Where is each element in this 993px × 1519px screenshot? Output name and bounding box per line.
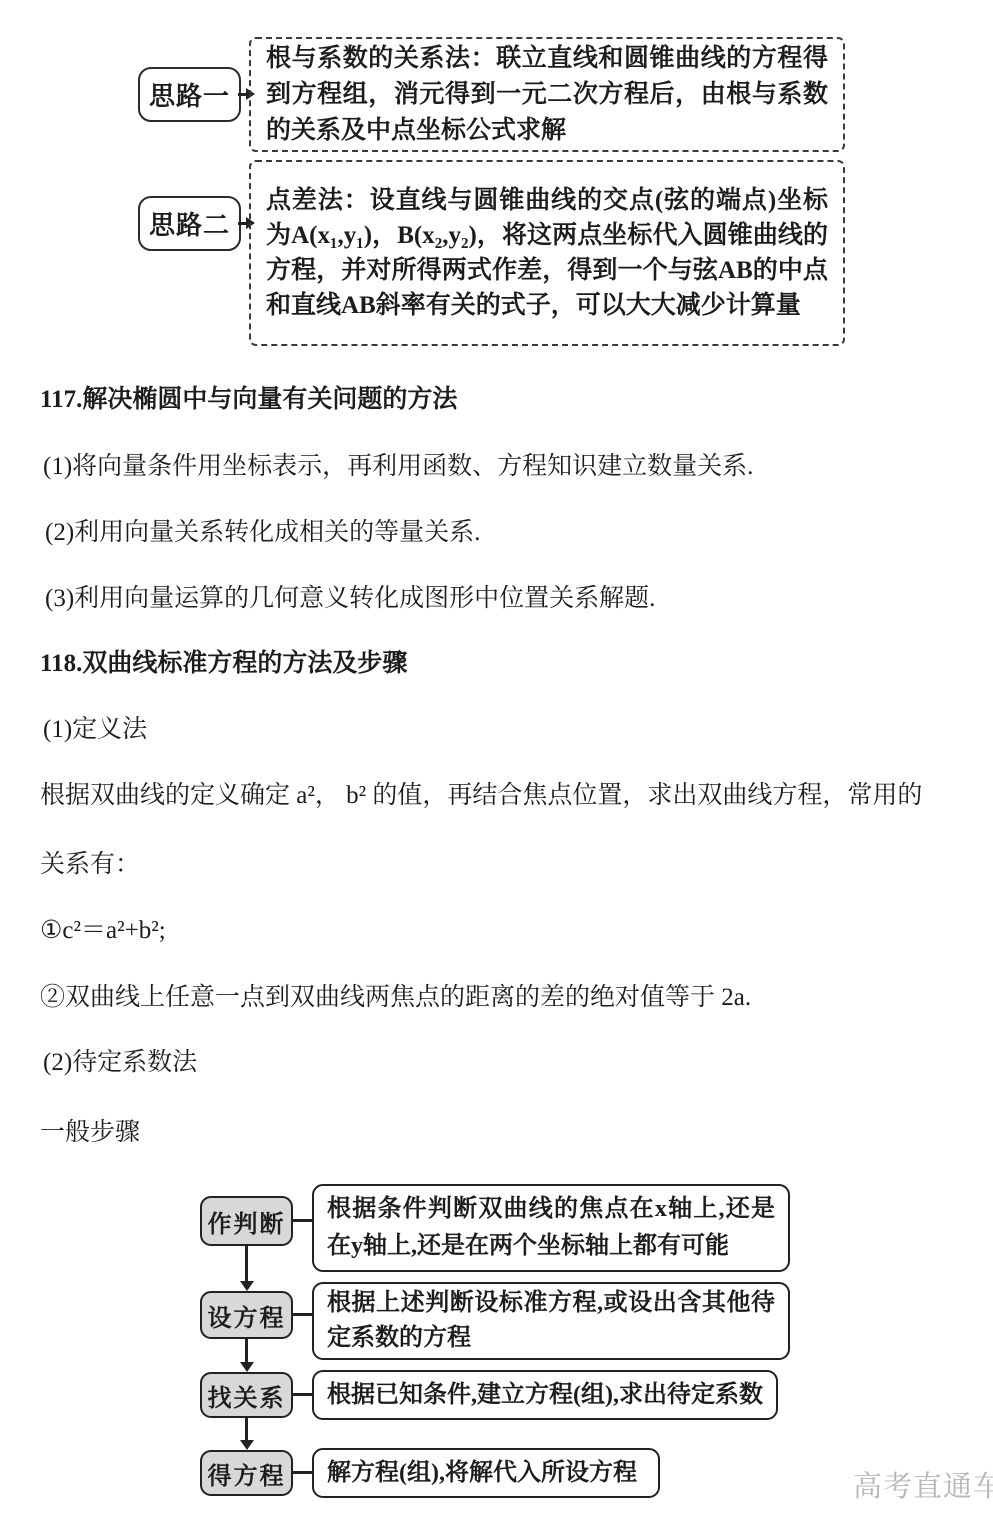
flow-label-silu2-text: 思路二 [149,205,230,242]
flow-desc-silu1: 根与系数的关系法：联立直线和圆锥曲线的方程得到方程组，消元得到一元二次方程后，由… [249,37,845,152]
watermark-gaokao-zhitongche: 高考直通车 [853,1464,993,1505]
step-desc-shefangcheng-text: 根据上述判断设标准方程,或设出含其他待定系数的方程 [327,1286,775,1356]
arrow-down-icon [245,1246,248,1282]
document-page: 思路一 根与系数的关系法：联立直线和圆锥曲线的方程得到方程组，消元得到一元二次方… [0,0,993,1519]
section-118-method1-line1: 根据双曲线的定义确定 a²， b² 的值，再结合焦点位置，求出双曲线方程，常用的 [40,780,922,812]
step-box-zuopanduan: 作判断 [200,1196,293,1246]
arrow-down-icon [245,1418,248,1441]
section-118-method1-title: (1)定义法 [43,714,147,746]
arrow-right-icon [238,222,247,225]
connector-line [293,1313,312,1316]
flow-label-silu1-text: 思路一 [149,76,230,113]
section-118-relation-1: ①c²＝a²+b²; [40,915,166,947]
section-118-method2-title: (2)待定系数法 [43,1047,197,1079]
step-box-defangcheng-text: 得方程 [208,1456,286,1491]
section-117-item-1: (1)将向量条件用坐标表示，再利用函数、方程知识建立数量关系. [43,451,753,483]
step-desc-zhaoguanxi-text: 根据已知条件,建立方程(组),求出待定系数 [327,1377,763,1414]
flow-desc-silu2: 点差法：设直线与圆锥曲线的交点(弦的端点)坐标为A(x₁,y₁)，B(x₂,y₂… [249,160,845,346]
section-118-method1-line2: 关系有： [40,849,140,881]
flow-label-silu2: 思路二 [138,196,241,251]
step-box-zhaoguanxi: 找关系 [200,1372,293,1418]
step-box-zhaoguanxi-text: 找关系 [208,1378,286,1413]
step-box-zuopanduan-text: 作判断 [208,1204,286,1239]
arrow-down-icon [245,1339,248,1363]
step-box-defangcheng: 得方程 [200,1450,293,1496]
section-117-heading: 117.解决椭圆中与向量有关问题的方法 [40,384,457,416]
step-desc-defangcheng-text: 解方程(组),将解代入所设方程 [327,1455,637,1492]
arrow-right-icon [238,93,247,96]
section-118-relation-2: ②双曲线上任意一点到双曲线两焦点的距离的差的绝对值等于 2a. [40,982,751,1014]
step-box-shefangcheng-text: 设方程 [208,1298,286,1333]
step-desc-zuopanduan: 根据条件判断双曲线的焦点在x轴上,还是在y轴上,还是在两个坐标轴上都有可能 [312,1184,790,1272]
section-117-item-3: (3)利用向量运算的几何意义转化成图形中位置关系解题. [45,583,655,615]
step-desc-zhaoguanxi: 根据已知条件,建立方程(组),求出待定系数 [312,1370,778,1420]
connector-line [293,1393,312,1396]
step-desc-defangcheng: 解方程(组),将解代入所设方程 [312,1448,660,1498]
section-118-steps-title: 一般步骤 [40,1117,140,1149]
flow-desc-silu2-text: 点差法：设直线与圆锥曲线的交点(弦的端点)坐标为A(x₁,y₁)，B(x₂,y₂… [266,183,828,323]
section-118-heading: 118.双曲线标准方程的方法及步骤 [40,648,407,680]
section-117-item-2: (2)利用向量关系转化成相关的等量关系. [45,517,480,549]
connector-line [293,1219,312,1222]
flow-label-silu1: 思路一 [138,67,241,122]
step-box-shefangcheng: 设方程 [200,1291,293,1339]
connector-line [293,1471,312,1474]
flow-desc-silu1-text: 根与系数的关系法：联立直线和圆锥曲线的方程得到方程组，消元得到一元二次方程后，由… [266,41,828,149]
step-desc-zuopanduan-text: 根据条件判断双曲线的焦点在x轴上,还是在y轴上,还是在两个坐标轴上都有可能 [327,1191,775,1265]
step-desc-shefangcheng: 根据上述判断设标准方程,或设出含其他待定系数的方程 [312,1282,790,1360]
